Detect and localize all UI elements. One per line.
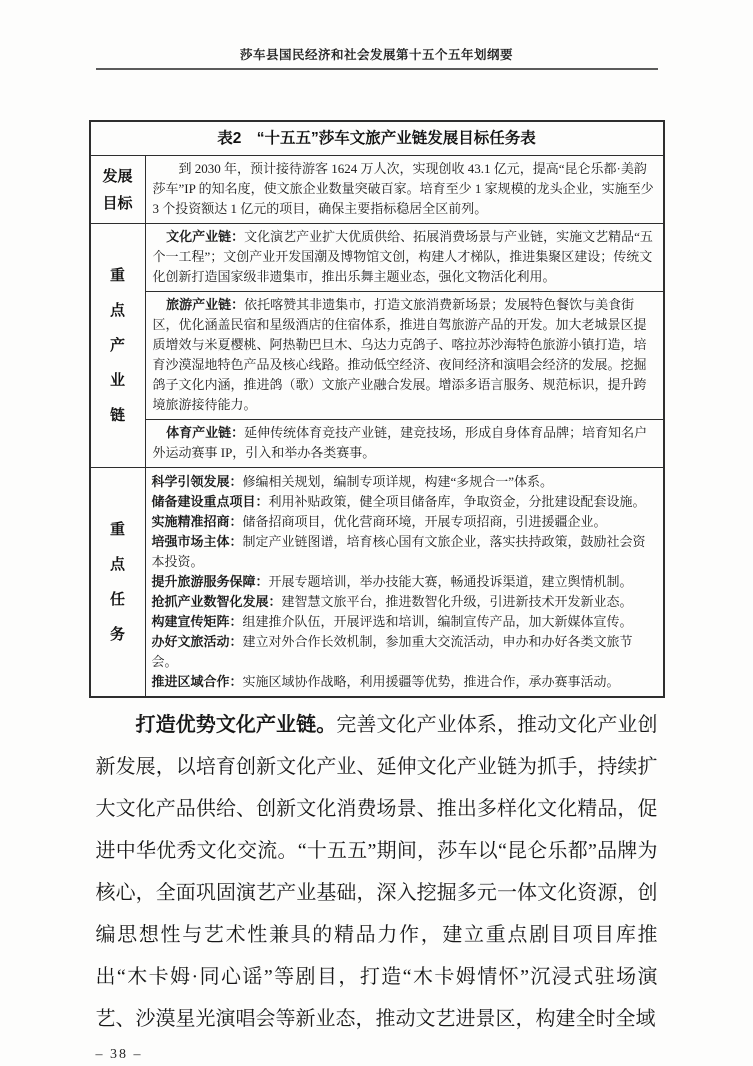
task-text: 组建推介队伍，开展评选和培训，编制宣传产品，加大新媒体宣传。 [243,614,633,629]
task-label: 培强市场主体： [152,534,243,549]
task-item: 储备建设重点项目：利用补贴政策，健全项目储备库，争取资金，分批建设配套设施。 [152,492,657,512]
document-page: 莎车县国民经济和社会发展第十五个五年划纲要 表2 “十五五”莎车文旅产业链发展目… [0,0,753,1066]
task-item: 实施精准招商：储备招商项目，优化营商环境，开展专项招商，引进援疆企业。 [152,512,657,532]
chain-label: 旅游产业链： [166,297,244,312]
task-text: 建智慧文旅平台，推进数智化升级，引进新技术开发新业态。 [282,594,633,609]
task-item: 抢抓产业数智化发展：建智慧文旅平台，推进数智化升级，引进新技术开发新业态。 [152,592,657,612]
goal-text-cell: 到 2030 年，预计接待游客 1624 万人次，实现创收 43.1 亿元，提高… [146,156,663,223]
task-text: 利用补贴政策，健全项目储备库，争取资金，分批建设配套设施。 [269,494,646,509]
chains-row: 重点产业链 文化产业链：文化演艺产业扩大优质供给、拓展消费场景与产业链，实施文艺… [91,224,663,468]
body-paragraph: 打造优势文化产业链。完善文化产业体系，推动文化产业创新发展，以培育创新文化产业、… [96,704,658,1040]
tasks-row: 重点任务 科学引领发展：修编相关规划，编制专项详规，构建“多规合一”体系。 储备… [91,468,663,696]
task-label: 推进区域合作： [152,674,243,689]
paragraph-lead: 打造优势文化产业链。 [136,714,337,736]
table-caption: 表2 “十五五”莎车文旅产业链发展目标任务表 [91,122,663,156]
task-label: 提升旅游服务保障： [152,574,269,589]
body-content: 打造优势文化产业链。完善文化产业体系，推动文化产业创新发展，以培育创新文化产业、… [96,704,658,1040]
tasks-text-cell: 科学引领发展：修编相关规划，编制专项详规，构建“多规合一”体系。 储备建设重点项… [146,468,663,696]
chains-header-cell: 重点产业链 [91,224,146,467]
goal-text: 到 2030 年，预计接待游客 1624 万人次，实现创收 43.1 亿元，提高… [153,161,654,216]
task-label: 实施精准招商： [152,514,243,529]
task-text: 实施区域协作战略，利用援疆等优势，推进合作，承办赛事活动。 [243,674,620,689]
task-item: 办好文旅活动：建立对外合作长效机制，参加重大交流活动，申办和办好各类文旅节会。 [152,632,657,672]
tasks-header-label: 重点任务 [109,512,126,652]
goals-tasks-table: 表2 “十五五”莎车文旅产业链发展目标任务表 发展目标 到 2030 年，预计接… [89,120,665,698]
tasks-header-cell: 重点任务 [91,468,146,696]
task-label: 科学引领发展： [152,474,243,489]
chain-label: 体育产业链： [166,425,244,440]
task-item: 提升旅游服务保障：开展专题培训，举办技能大赛，畅通投诉渠道，建立舆情机制。 [152,572,657,592]
task-label: 办好文旅活动： [152,634,243,649]
paragraph-text: 完善文化产业体系，推动文化产业创新发展，以培育创新文化产业、延伸文化产业链为抓手… [96,714,658,1030]
task-label: 储备建设重点项目： [152,494,269,509]
chain-item-tourism: 旅游产业链：依托喀赞其非遗集市，打造文旅消费新场景；发展特色餐饮与美食街区，优化… [146,292,663,420]
task-item: 科学引领发展：修编相关规划，编制专项详规，构建“多规合一”体系。 [152,472,657,492]
task-item: 培强市场主体：制定产业链图谱，培育核心国有文旅企业，落实扶持政策，鼓励社会资本投… [152,532,657,572]
chain-text: 依托喀赞其非遗集市，打造文旅消费新场景；发展特色餐饮与美食街区，优化涵盖民宿和星… [153,297,647,412]
goal-header-cell: 发展目标 [91,156,146,223]
chain-item-culture: 文化产业链：文化演艺产业扩大优质供给、拓展消费场景与产业链，实施文艺精品“五个一… [146,224,663,292]
tasks-body: 科学引领发展：修编相关规划，编制专项详规，构建“多规合一”体系。 储备建设重点项… [146,468,663,696]
goal-header-label: 发展目标 [101,163,134,217]
page-number: – 38 – [96,1047,143,1062]
task-item: 构建宣传矩阵：组建推介队伍，开展评选和培训，编制宣传产品，加大新媒体宣传。 [152,612,657,632]
page-header: 莎车县国民经济和社会发展第十五个五年划纲要 [96,0,658,70]
task-label: 构建宣传矩阵： [152,614,243,629]
goal-row: 发展目标 到 2030 年，预计接待游客 1624 万人次，实现创收 43.1 … [91,156,663,224]
goal-body: 到 2030 年，预计接待游客 1624 万人次，实现创收 43.1 亿元，提高… [146,156,663,223]
running-header-title: 莎车县国民经济和社会发展第十五个五年划纲要 [96,45,658,63]
task-item: 推进区域合作：实施区域协作战略，利用援疆等优势，推进合作，承办赛事活动。 [152,672,657,692]
task-text: 开展专题培训，举办技能大赛，畅通投诉渠道，建立舆情机制。 [269,574,633,589]
page-footer: – 38 – [96,1045,658,1063]
chain-label: 文化产业链： [166,229,244,244]
chains-header-label: 重点产业链 [109,258,126,433]
task-label: 抢抓产业数智化发展： [152,594,282,609]
chains-body: 文化产业链：文化演艺产业扩大优质供给、拓展消费场景与产业链，实施文艺精品“五个一… [146,224,663,467]
task-text: 修编相关规划，编制专项详规，构建“多规合一”体系。 [243,474,554,489]
chain-item-sports: 体育产业链：延伸传统体育竞技产业链，建竞技场，形成自身体育品牌；培育知名户外运动… [146,420,663,467]
task-text: 储备招商项目，优化营商环境，开展专项招商，引进援疆企业。 [243,514,607,529]
